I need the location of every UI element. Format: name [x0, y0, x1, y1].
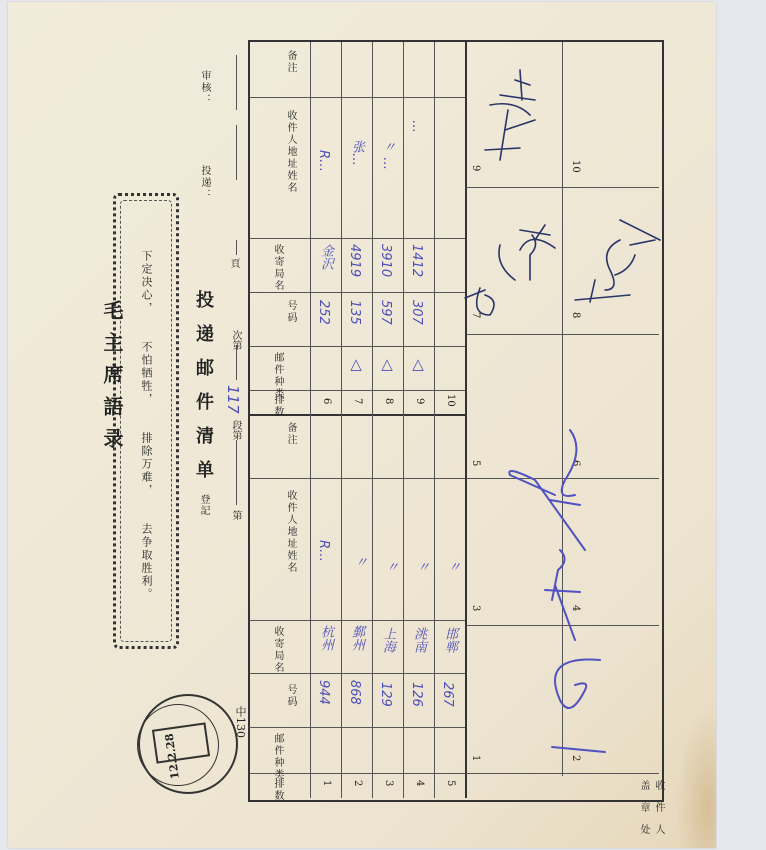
row-1-office: 杭州: [316, 625, 335, 651]
header-number-left: 号码: [283, 684, 298, 708]
quotation-text: 下定决心，不怕牺牲，排除万难，去争取胜利。: [138, 250, 154, 627]
row-8-type: △: [378, 355, 396, 373]
header-recipient-right: 收件人地址姓名: [283, 110, 298, 194]
row-1-seq: 1: [321, 780, 332, 786]
row-6-office: 金沢: [316, 244, 335, 270]
row-7-office: 4919: [347, 244, 362, 277]
header-office-right: 收寄局名: [264, 244, 290, 292]
paper-stain: [676, 708, 716, 848]
page-blank-line: [236, 240, 237, 255]
form-title: 投递邮件清单登記: [190, 290, 216, 516]
signatures-drawing: [460, 40, 670, 820]
row-2-recipient: 〃: [350, 555, 369, 568]
row-4-recipient: 〃: [412, 560, 431, 573]
review-label: 审核：: [197, 70, 212, 106]
row-9-seq: 9: [414, 398, 425, 404]
row-4-seq: 4: [414, 780, 425, 786]
postmark-stamp: 12.2.28 中130: [138, 694, 238, 794]
header-type-left: 邮件种类: [264, 733, 290, 781]
row-9-number: 307: [409, 300, 424, 325]
postmark-code: 中130: [232, 706, 248, 738]
row-3-number: 129: [378, 682, 393, 707]
row-4-office: 洮南: [409, 627, 428, 653]
row-3-office: 上海: [378, 627, 397, 653]
row-7-number: 135: [347, 300, 362, 325]
row-1-recipient: R…: [316, 540, 331, 562]
header-recipient-left: 收件人地址姓名: [283, 490, 298, 574]
row-4-number: 126: [409, 682, 424, 707]
row-7-seq: 7: [352, 398, 363, 404]
header-number-right: 号码: [283, 300, 298, 324]
header-type-right: 邮件种类: [264, 352, 290, 400]
row-2-office: 鄞州: [347, 625, 366, 651]
route-label: 段第: [228, 420, 243, 440]
row-8-office: 3910: [378, 244, 393, 277]
row-9-recipient: …: [409, 120, 424, 133]
quotation-title: 毛主席語录: [98, 300, 127, 460]
section-prefix: 第: [228, 510, 243, 520]
row-8-seq: 8: [383, 398, 394, 404]
row-6-recipient: R…: [316, 150, 331, 172]
delivery-label: 投递：: [197, 165, 212, 201]
row-2-number: 868: [347, 680, 362, 705]
row-2-seq: 2: [352, 780, 363, 786]
row-3-seq: 3: [383, 780, 394, 786]
row-8-number: 597: [378, 300, 393, 325]
row-7-type: △: [347, 355, 365, 373]
header-office-left: 收寄局名: [264, 626, 290, 674]
review-blank-line: [236, 55, 237, 110]
delivery-blank-line: [236, 125, 237, 180]
row-7-recipient: 张…: [347, 140, 366, 166]
page-label: 頁: [226, 258, 241, 268]
row-5-number: 267: [440, 682, 455, 707]
header-remark-left: 备注: [283, 422, 298, 446]
row-6-seq: 6: [321, 398, 332, 404]
row-8-recipient: 〃 …: [378, 140, 397, 170]
row-9-office: 1412: [409, 244, 424, 277]
header-remark-right: 备注: [283, 50, 298, 74]
row-3-recipient: 〃: [381, 560, 400, 573]
row-9-type: △: [409, 355, 427, 373]
route-number: 117: [224, 385, 242, 414]
header-seq-right: 排数: [264, 394, 290, 418]
row-6-number: 252: [316, 300, 331, 325]
row-10-seq: 10: [445, 394, 456, 407]
row-5-seq: 5: [445, 780, 456, 786]
row-1-number: 944: [316, 680, 331, 705]
header-seq-left: 排数: [264, 778, 290, 802]
row-5-office: 邯郸: [440, 627, 459, 653]
